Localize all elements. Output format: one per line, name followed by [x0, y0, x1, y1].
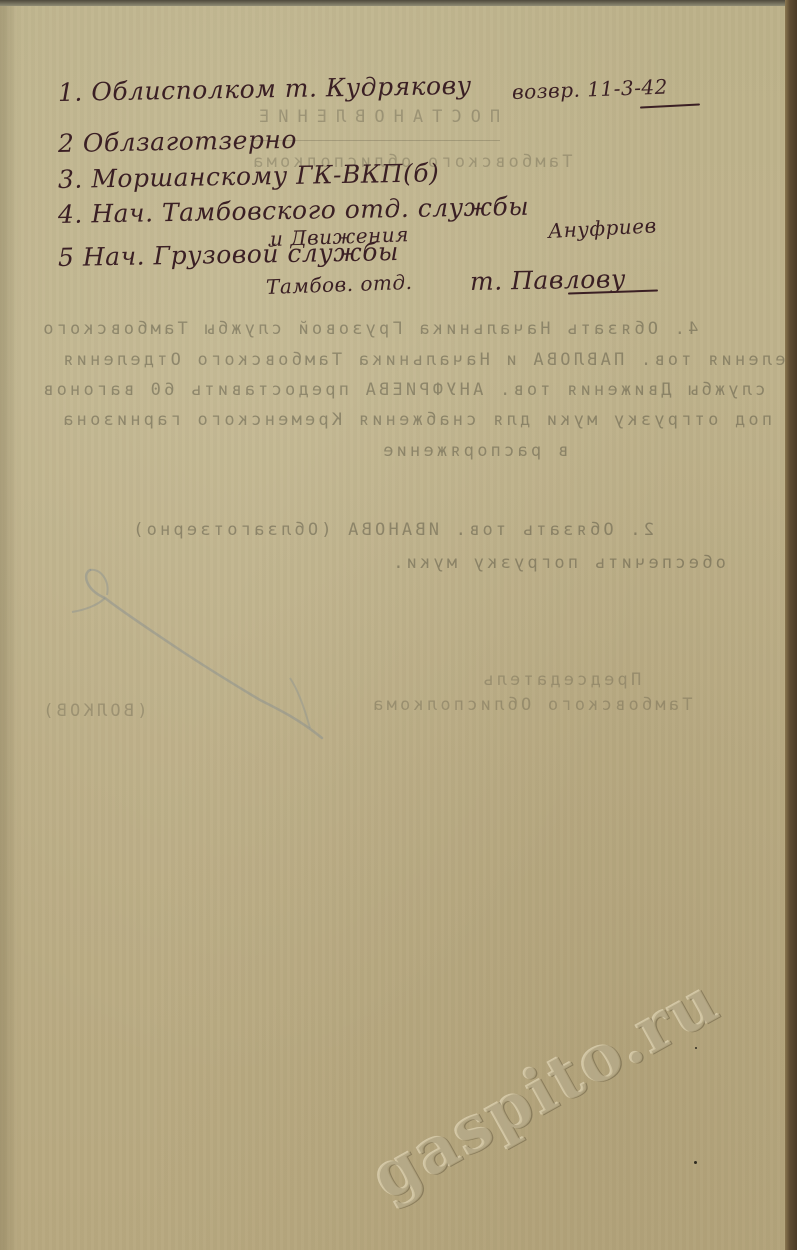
bleed-signature-org: Тамбовского Облисполкома — [370, 695, 692, 715]
paper-sheet: ПОСТАНОВЛЕНИЕ Тамбовского облисполкома 4… — [0, 5, 785, 1250]
bleed-paragraph-line: службы Движения тов. АНУФРИЕВА предостав… — [40, 380, 765, 400]
bleed-paragraph-line: в распоряжение — [380, 441, 568, 461]
distribution-line-2: 2 Облзаготзерно — [58, 125, 297, 158]
bleed-paragraph-line: 2. Обязать тов. ИВАНОВА (Облзаготзерно) — [130, 520, 654, 540]
line-number: 2 — [58, 129, 75, 158]
pencil-mark — [60, 550, 360, 750]
distribution-line-3: 3. Моршанскому ГК-ВКП(б) — [58, 158, 440, 194]
line-number: 4. — [58, 200, 83, 229]
scan-right-edge — [785, 0, 797, 1250]
recipient: Облисполком т. Кудрякову — [91, 71, 472, 107]
line-number: 5 — [58, 243, 75, 272]
scan-top-edge — [0, 0, 797, 6]
distribution-line-4: 4. Нач. Тамбовского отд. службы — [58, 192, 530, 229]
watermark: gaspito.ru — [359, 963, 732, 1215]
distribution-line-1: 1. Облисполком т. Кудрякову — [58, 71, 472, 107]
continuation-tambov-otd: Тамбов. отд. — [266, 270, 413, 299]
paper-shadow — [0, 5, 18, 1250]
recipient: Нач. Грузовой службы — [83, 237, 399, 272]
addressee-anufriev: Ануфриев — [547, 213, 657, 243]
bleed-paragraph-line: 4. Обязать Начальника Грузовой службы Та… — [40, 319, 698, 339]
bleed-paragraph-line: под отгрузку муки для снабжения Кременск… — [60, 410, 772, 430]
recipient: Облзаготзерно — [83, 125, 298, 158]
return-note: возвр. 11-3-42 — [512, 75, 669, 104]
document-scan: ПОСТАНОВЛЕНИЕ Тамбовского облисполкома 4… — [0, 0, 797, 1250]
bleed-signature-title: Председатель — [480, 670, 641, 690]
recipient: Нач. Тамбовского отд. службы — [91, 192, 529, 229]
note-underline — [640, 103, 700, 108]
distribution-line-5: 5 Нач. Грузовой службы — [58, 237, 399, 272]
paper-speck — [694, 1161, 697, 1164]
bleed-paragraph-line: обеспечить погрузку муки. — [390, 553, 726, 573]
bleed-paragraph-line: отделения тов. ПАВЛОВА и Начальника Тамб… — [60, 350, 797, 370]
line-number: 3. — [58, 165, 83, 194]
line-number: 1. — [58, 78, 83, 107]
recipient: Моршанскому ГК-ВКП(б) — [91, 158, 439, 193]
